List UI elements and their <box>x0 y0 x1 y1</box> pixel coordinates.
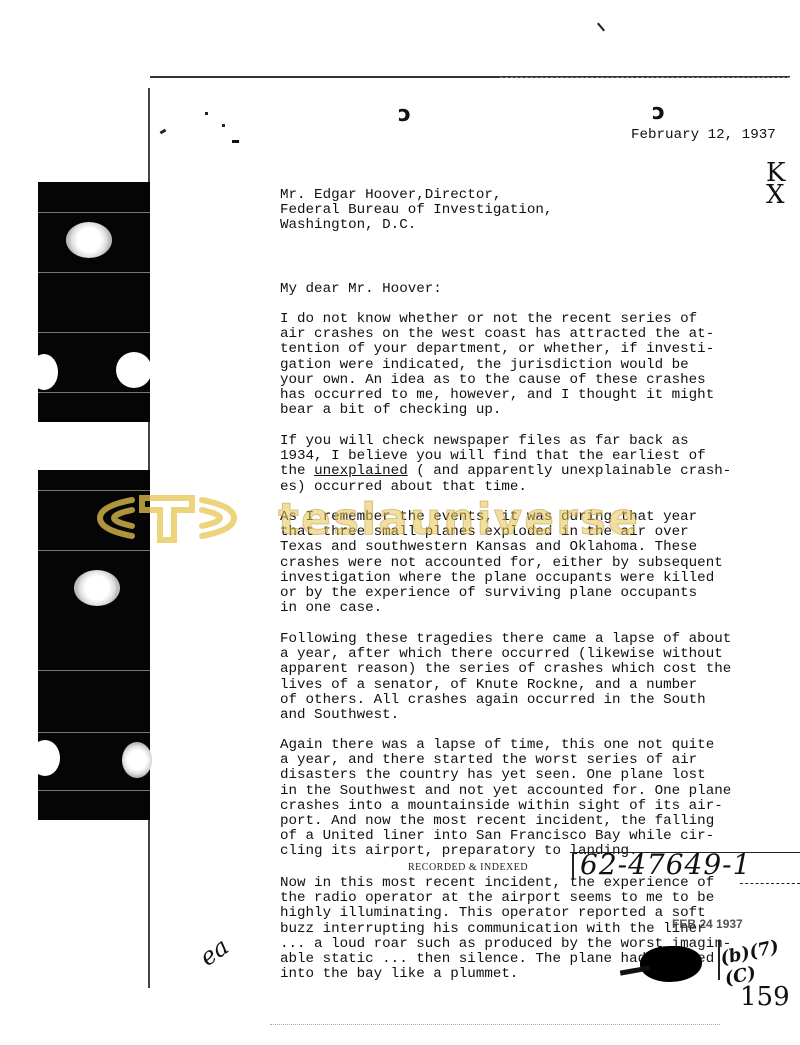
text-line: port. And now the most recent incident, … <box>280 814 731 829</box>
handwritten-initials: ea <box>195 932 234 971</box>
bottom-dotted-line <box>270 1024 720 1025</box>
handwritten-mark-kx: KX <box>766 162 785 206</box>
text-line: crashes were not accounted for, either b… <box>280 556 723 571</box>
text-line: buzz interrupting his communication with… <box>280 922 731 937</box>
text-line: has occurred to me, however, and I thoug… <box>280 388 714 403</box>
sprocket-hole <box>30 740 60 776</box>
sprocket-hole <box>30 354 58 390</box>
text-line: I do not know whether or not the recent … <box>280 312 714 327</box>
text-line: bear a bit of checking up. <box>280 403 714 418</box>
text-line: of a United liner into San Francisco Bay… <box>280 829 731 844</box>
recipient-address: Washington, D.C. <box>280 218 416 233</box>
text-line: disasters the country has yet seen. One … <box>280 768 731 783</box>
recipient-org: Federal Bureau of Investigation, <box>280 203 552 218</box>
text-line: a year, and there started the worst seri… <box>280 753 731 768</box>
paragraph-1: I do not know whether or not the recent … <box>280 312 714 418</box>
sprocket-hole <box>116 352 152 388</box>
text-line: lives of a senator, of Knute Rockne, and… <box>280 678 731 693</box>
watermark-text: teslauniverse <box>278 494 640 545</box>
salutation: My dear Mr. Hoover: <box>280 282 442 297</box>
page-number-handwritten: 159 <box>740 982 790 1012</box>
punch-hole-mark: ↄ <box>652 100 665 125</box>
received-date-stamp: FEB 24 1937 <box>672 917 743 931</box>
text-line: tention of your department, or whether, … <box>280 342 714 357</box>
text-line: apparent reason) the series of crashes w… <box>280 662 731 677</box>
text-line: the unexplained ( and apparently unexpla… <box>280 464 731 479</box>
text-line: highly illuminating. This operator repor… <box>280 906 731 921</box>
paragraph-2: If you will check newspaper files as far… <box>280 434 731 495</box>
paragraph-5: Again there was a lapse of time, this on… <box>280 738 731 860</box>
letter-date: February 12, 1937 <box>631 128 776 143</box>
file-number-handwritten: 62-47649-1 <box>580 848 751 881</box>
text-line: the radio operator at the airport seems … <box>280 891 731 906</box>
stray-mark <box>205 112 208 115</box>
text-line: your own. An idea as to the cause of the… <box>280 373 714 388</box>
text-line: investigation where the plane occupants … <box>280 571 723 586</box>
tesla-universe-logo-icon <box>92 488 242 548</box>
punch-hole-mark: ↄ <box>398 102 411 127</box>
page-top-rule-faded <box>500 77 790 78</box>
text-line: 1934, I believe you will find that the e… <box>280 449 731 464</box>
text-line: es) occurred about that time. <box>280 480 731 495</box>
stray-mark <box>160 129 167 135</box>
underlined-word: unexplained <box>314 463 408 479</box>
stamp-divider <box>572 852 574 880</box>
stamp-line <box>740 883 800 884</box>
sprocket-hole <box>122 742 152 778</box>
text-line: in the Southwest and not yet accounted f… <box>280 784 731 799</box>
sprocket-hole <box>66 222 112 258</box>
text-line: a year, after which there occurred (like… <box>280 647 731 662</box>
text-line: crashes into a mountainside within sight… <box>280 799 731 814</box>
recipient-name: Mr. Edgar Hoover,Director, <box>280 188 501 203</box>
recorded-indexed-stamp: RECORDED & INDEXED <box>408 862 528 873</box>
text-line: gation were indicated, the jurisdiction … <box>280 358 714 373</box>
stray-mark <box>597 23 605 32</box>
text-line: and Southwest. <box>280 708 731 723</box>
text-line: or by the experience of surviving plane … <box>280 586 723 601</box>
stray-mark <box>222 124 225 127</box>
text-line: of others. All crashes again occurred in… <box>280 693 731 708</box>
stamp-divider <box>718 940 720 980</box>
text-line: air crashes on the west coast has attrac… <box>280 327 714 342</box>
text-line: Again there was a lapse of time, this on… <box>280 738 731 753</box>
text-line: If you will check newspaper files as far… <box>280 434 731 449</box>
stray-mark <box>232 140 239 143</box>
film-strip-top <box>38 182 150 422</box>
sprocket-hole <box>74 570 120 606</box>
text-line: Following these tragedies there came a l… <box>280 632 731 647</box>
text-line: in one case. <box>280 601 723 616</box>
paragraph-4: Following these tragedies there came a l… <box>280 632 731 723</box>
